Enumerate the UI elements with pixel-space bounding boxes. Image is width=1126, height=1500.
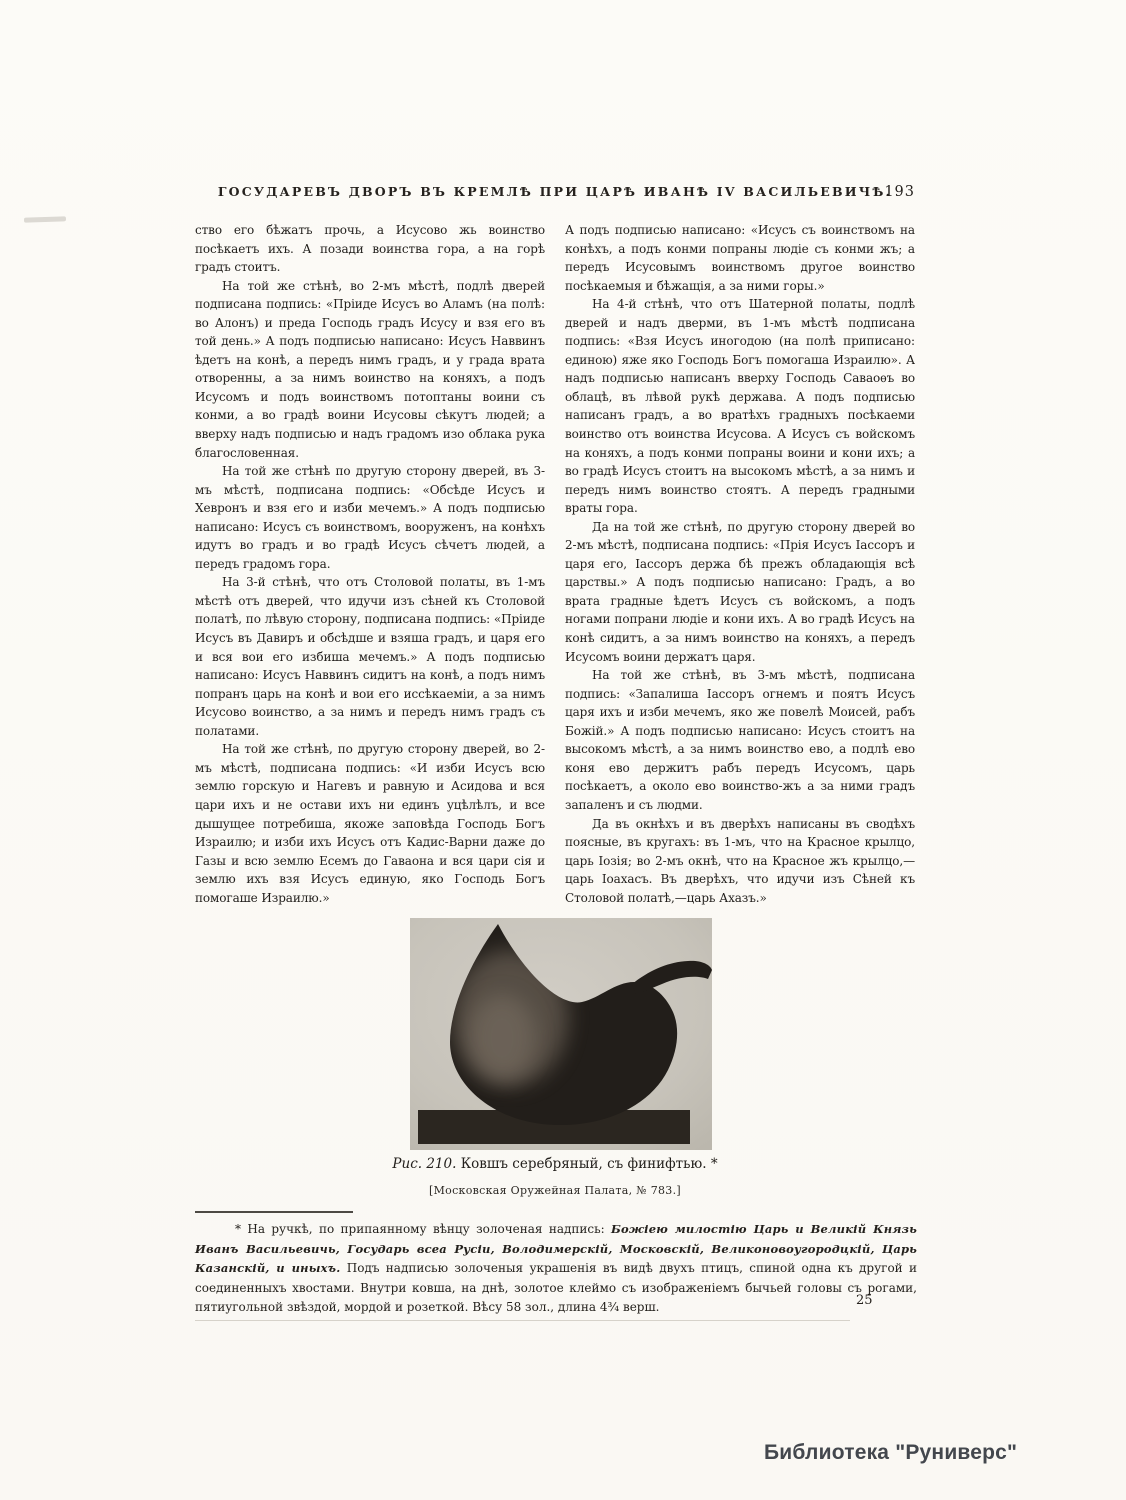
scan-artifact [24,216,66,222]
text-column-left: ство его бѣжатъ прочь, а Исусово жь воин… [195,221,545,921]
paragraph: ство его бѣжатъ прочь, а Исусово жь воин… [195,221,545,277]
paragraph: Да въ окнѣхъ и въ дверѣхъ написаны въ св… [565,815,915,908]
paragraph: На той же стѣнѣ, по другую сторону двере… [195,740,545,907]
paragraph: На той же стѣнѣ, во 2-мъ мѣстѣ, подлѣ дв… [195,277,545,462]
figure-credit: [Московская Оружейная Палата, № 783.] [195,1184,915,1197]
page-header: ГОСУДАРЕВЪ ДВОРЪ ВЪ КРЕМЛѢ ПРИ ЦАРѢ ИВАН… [195,184,915,206]
figure-caption-text: Ковшъ серебряный, съ финифтью. * [456,1156,717,1172]
figure-caption: Рис. 210. Ковшъ серебряный, съ финифтью.… [195,1156,915,1172]
paragraph: На 4-й стѣнѣ, что отъ Шатерной полаты, п… [565,295,915,518]
paragraph: На той же стѣнѣ, въ 3-мъ мѣстѣ, подписан… [565,666,915,814]
paragraph: На той же стѣнѣ по другую сторону дверей… [195,462,545,573]
signature-number: 25 [856,1293,873,1308]
scan-fold-line [195,1320,850,1321]
footnote-separator [195,1211,353,1213]
paragraph: А подъ подписью написано: «Исусъ съ воин… [565,221,915,295]
paragraph: Да на той же стѣнѣ, по другую сторону дв… [565,518,915,666]
figure-caption-label: Рис. 210. [392,1156,456,1172]
book-page: ГОСУДАРЕВЪ ДВОРЪ ВЪ КРЕМЛѢ ПРИ ЦАРѢ ИВАН… [0,0,1126,1500]
library-watermark: Библиотека "Руниверс" [764,1441,1104,1465]
text-column-right: А подъ подписью написано: «Исусъ съ воин… [565,221,915,921]
footnote-lead: * На ручкѣ, по припаянному вѣнцу золочен… [235,1222,611,1236]
running-title: ГОСУДАРЕВЪ ДВОРЪ ВЪ КРЕМЛѢ ПРИ ЦАРѢ ИВАН… [195,184,915,199]
kovsh-image [410,918,712,1150]
footnote: * На ручкѣ, по припаянному вѣнцу золочен… [195,1220,917,1318]
figure-photo [410,918,712,1150]
page-number: 193 [884,184,915,200]
text-body: ство его бѣжатъ прочь, а Исусово жь воин… [195,221,915,921]
paragraph: На 3-й стѣнѣ, что отъ Столовой полаты, в… [195,573,545,740]
